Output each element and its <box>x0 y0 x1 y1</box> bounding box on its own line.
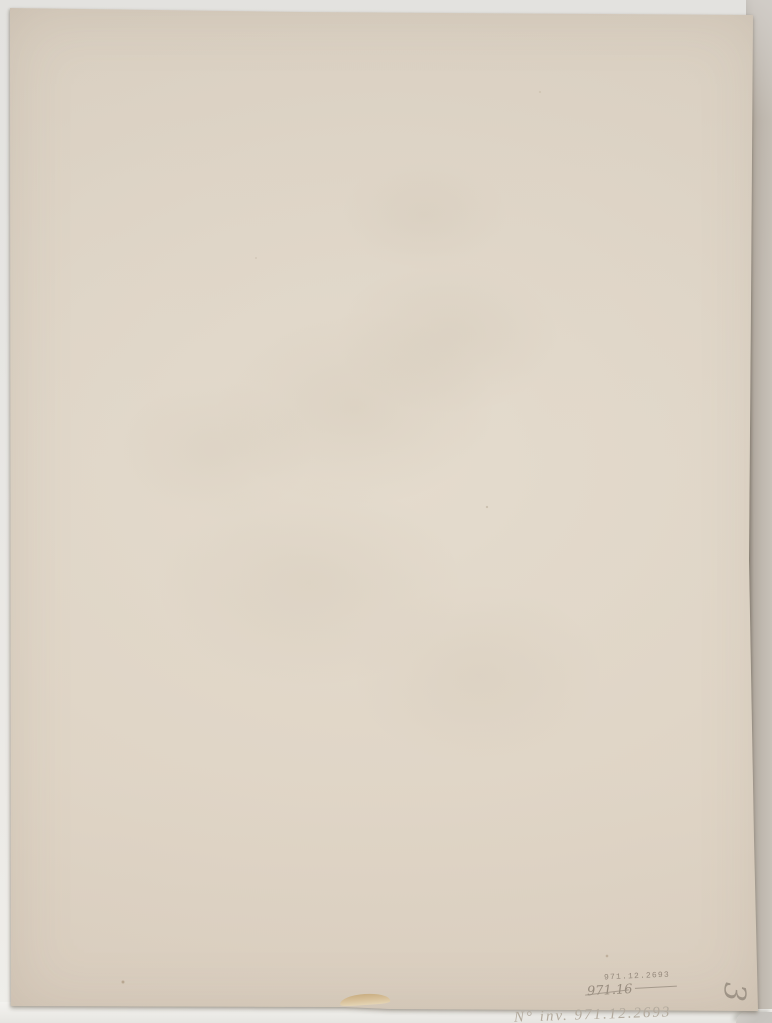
paper-sheet-wrapper <box>0 0 772 1023</box>
paper-sheet <box>0 0 772 1023</box>
handwritten-page-number: 3 <box>718 981 749 1002</box>
scanned-document-scene: 971.12.2693 971.16 3 N° inv. 971.12.2693 <box>0 0 772 1023</box>
pencil-underline-dash <box>634 986 676 989</box>
